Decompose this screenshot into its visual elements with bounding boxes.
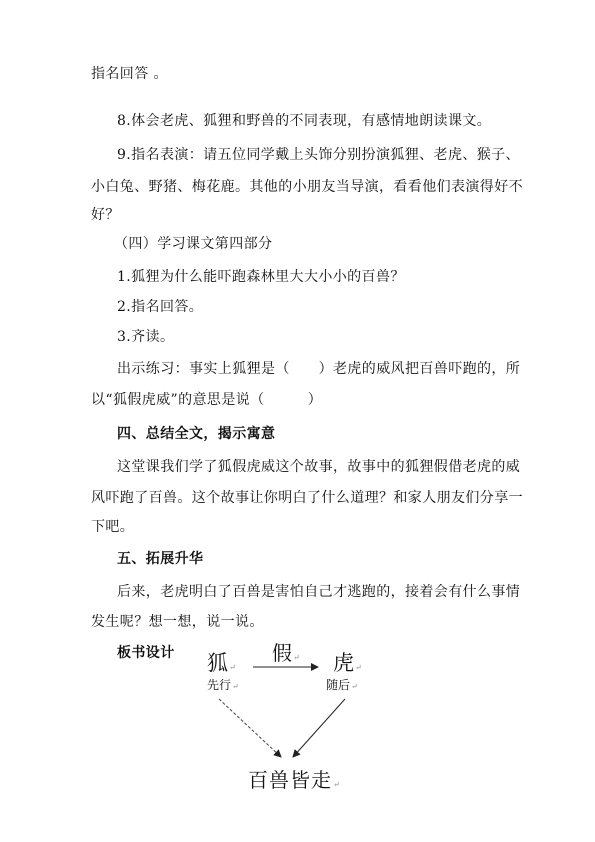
diagram-borrow: 假↵ (272, 642, 300, 669)
diagram-fox-sub: 先行↵ (207, 678, 239, 694)
dashed-arrow-fox-to-result (219, 699, 281, 757)
diagram-result: 百兽皆走↵ (248, 767, 341, 798)
board-design-diagram (0, 0, 595, 842)
diagram-tiger-sub: 随后↵ (326, 678, 358, 694)
diagram-fox: 狐↵ (207, 651, 236, 680)
arrow-tiger-to-result (293, 699, 345, 757)
diagram-tiger: 虎↵ (333, 651, 362, 680)
